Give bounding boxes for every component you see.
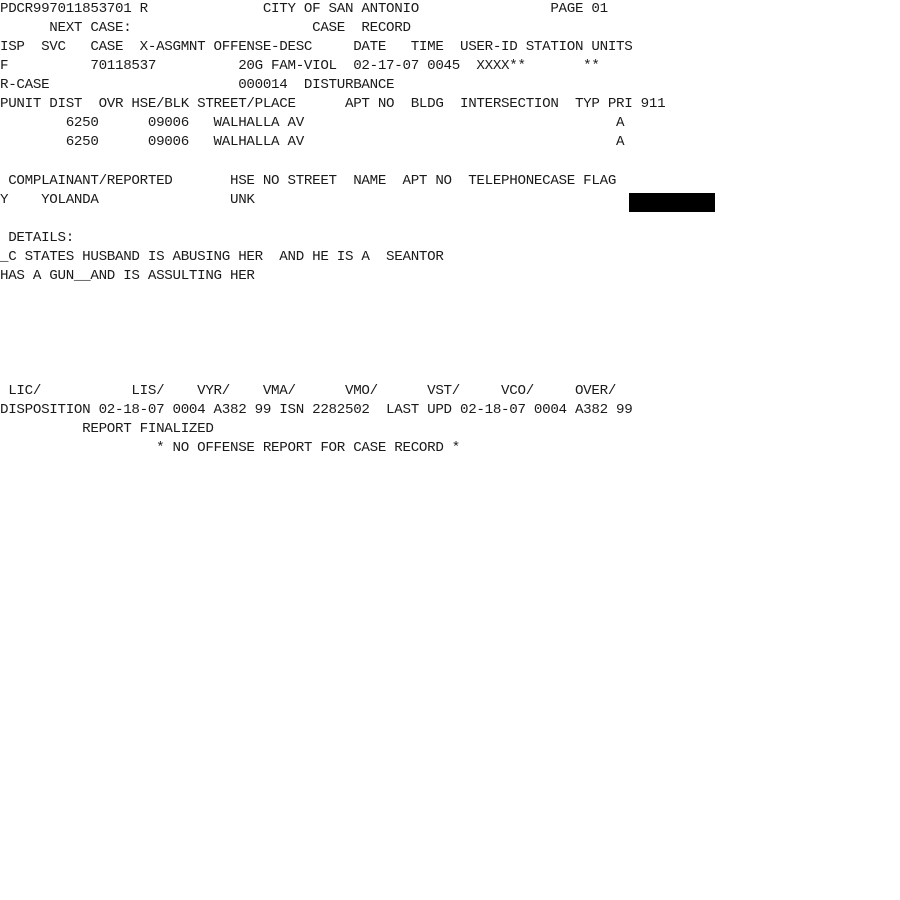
- vehicle-columns-header: LIC/ LIS/ VYR/ VMA/ VMO/ VST/ VCO/ OVER/: [0, 382, 616, 401]
- location-row: 6250 09006 WALHALLA AV A: [0, 114, 624, 133]
- complainant-row: Y YOLANDA UNK: [0, 191, 255, 210]
- location-row: 6250 09006 WALHALLA AV A: [0, 133, 624, 152]
- complainant-columns-header: COMPLAINANT/REPORTED HSE NO STREET NAME …: [0, 172, 616, 191]
- next-case-line: NEXT CASE: CASE RECORD: [0, 19, 411, 38]
- report-status: REPORT FINALIZED: [0, 420, 214, 439]
- case-row: F 70118537 20G FAM-VIOL 02-17-07 0045 XX…: [0, 57, 600, 76]
- offense-report-note: * NO OFFENSE REPORT FOR CASE RECORD *: [0, 439, 460, 458]
- details-label: DETAILS:: [0, 229, 74, 248]
- record-header-line: PDCR997011853701 R CITY OF SAN ANTONIO P…: [0, 0, 608, 19]
- r-case-row: R-CASE 000014 DISTURBANCE: [0, 76, 394, 95]
- location-columns-header: PUNIT DIST OVR HSE/BLK STREET/PLACE APT …: [0, 95, 665, 114]
- details-line: HAS A GUN__AND IS ASSULTING HER: [0, 267, 255, 286]
- case-columns-header: ISP SVC CASE X-ASGMNT OFFENSE-DESC DATE …: [0, 38, 632, 57]
- disposition-line: DISPOSITION 02-18-07 0004 A382 99 ISN 22…: [0, 401, 632, 420]
- redacted-telephone: [629, 193, 715, 212]
- details-line: _C STATES HUSBAND IS ABUSING HER AND HE …: [0, 248, 444, 267]
